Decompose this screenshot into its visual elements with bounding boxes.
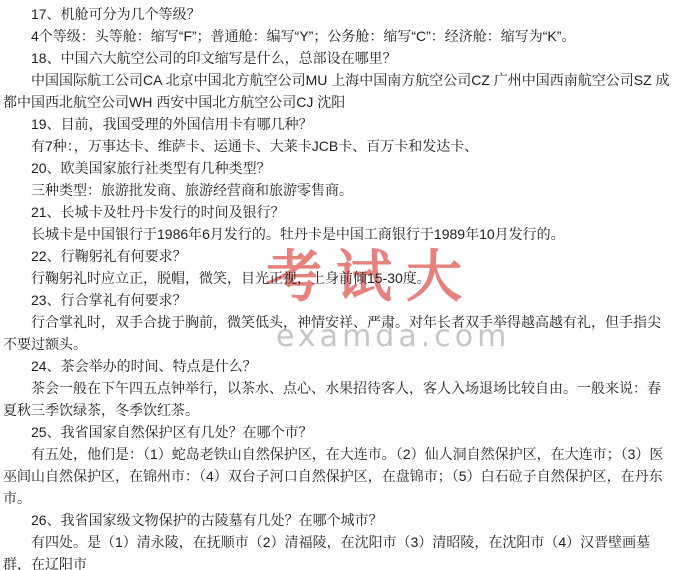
answer-22: 行鞠躬礼时应立正，脱帽，微笑，目光正视，上身前倾15-30度。	[3, 267, 670, 289]
question-20: 20、欧美国家旅行社类型有几种类型？	[3, 157, 670, 179]
question-25: 25、我省国家自然保护区有几处？在哪个市？	[3, 421, 670, 443]
answer-23: 行合掌礼时，双手合拢于胸前，微笑低头，神情安祥、严肃。对年长者双手举得越高越有礼…	[3, 311, 670, 355]
question-19: 19、目前，我国受理的外国信用卡有哪几种？	[3, 113, 670, 135]
answer-26: 有四处。是（1）清永陵，在抚顺市（2）清福陵，在沈阳市（3）清昭陵，在沈阳市（4…	[3, 531, 670, 570]
question-21: 21、长城卡及牡丹卡发行的时间及银行？	[3, 201, 670, 223]
question-17: 17、机舱可分为几个等级？	[3, 3, 670, 25]
question-18: 18、中国六大航空公司的印文缩写是什么，总部设在哪里？	[3, 47, 670, 69]
question-22: 22、行鞠躬礼有何要求？	[3, 245, 670, 267]
answer-17: 4个等级：头等舱：缩写“F”；普通舱：编写“Y”；公务舱：缩写“C”：经济舱：缩…	[3, 25, 670, 47]
answer-18: 中国国际航工公司CA 北京中国北方航空公司MU 上海中国南方航空公司CZ 广州中…	[3, 69, 670, 113]
answer-19: 有7种：，万事达卡、维萨卡、运通卡、大莱卡JCB卡、百万卡和发达卡、	[3, 135, 670, 157]
question-26: 26、我省国家级文物保护的古陵墓有几处？在哪个城市？	[3, 509, 670, 531]
qa-document: 17、机舱可分为几个等级？ 4个等级：头等舱：缩写“F”；普通舱：编写“Y”；公…	[0, 0, 673, 570]
answer-21: 长城卡是中国银行于1986年6月发行的。牡丹卡是中国工商银行于1989年10月发…	[3, 223, 670, 245]
answer-20: 三种类型：旅游批发商、旅游经营商和旅游零售商。	[3, 179, 670, 201]
question-23: 23、行合掌礼有何要求？	[3, 289, 670, 311]
question-24: 24、茶会举办的时间、特点是什么？	[3, 355, 670, 377]
answer-24: 茶会一般在下午四五点钟举行，以茶水、点心、水果招待客人，客人入场退场比较自由。一…	[3, 377, 670, 421]
answer-25: 有五处，他们是：（1）蛇岛老铁山自然保护区，在大连市。（2）仙人洞自然保护区，在…	[3, 443, 670, 509]
